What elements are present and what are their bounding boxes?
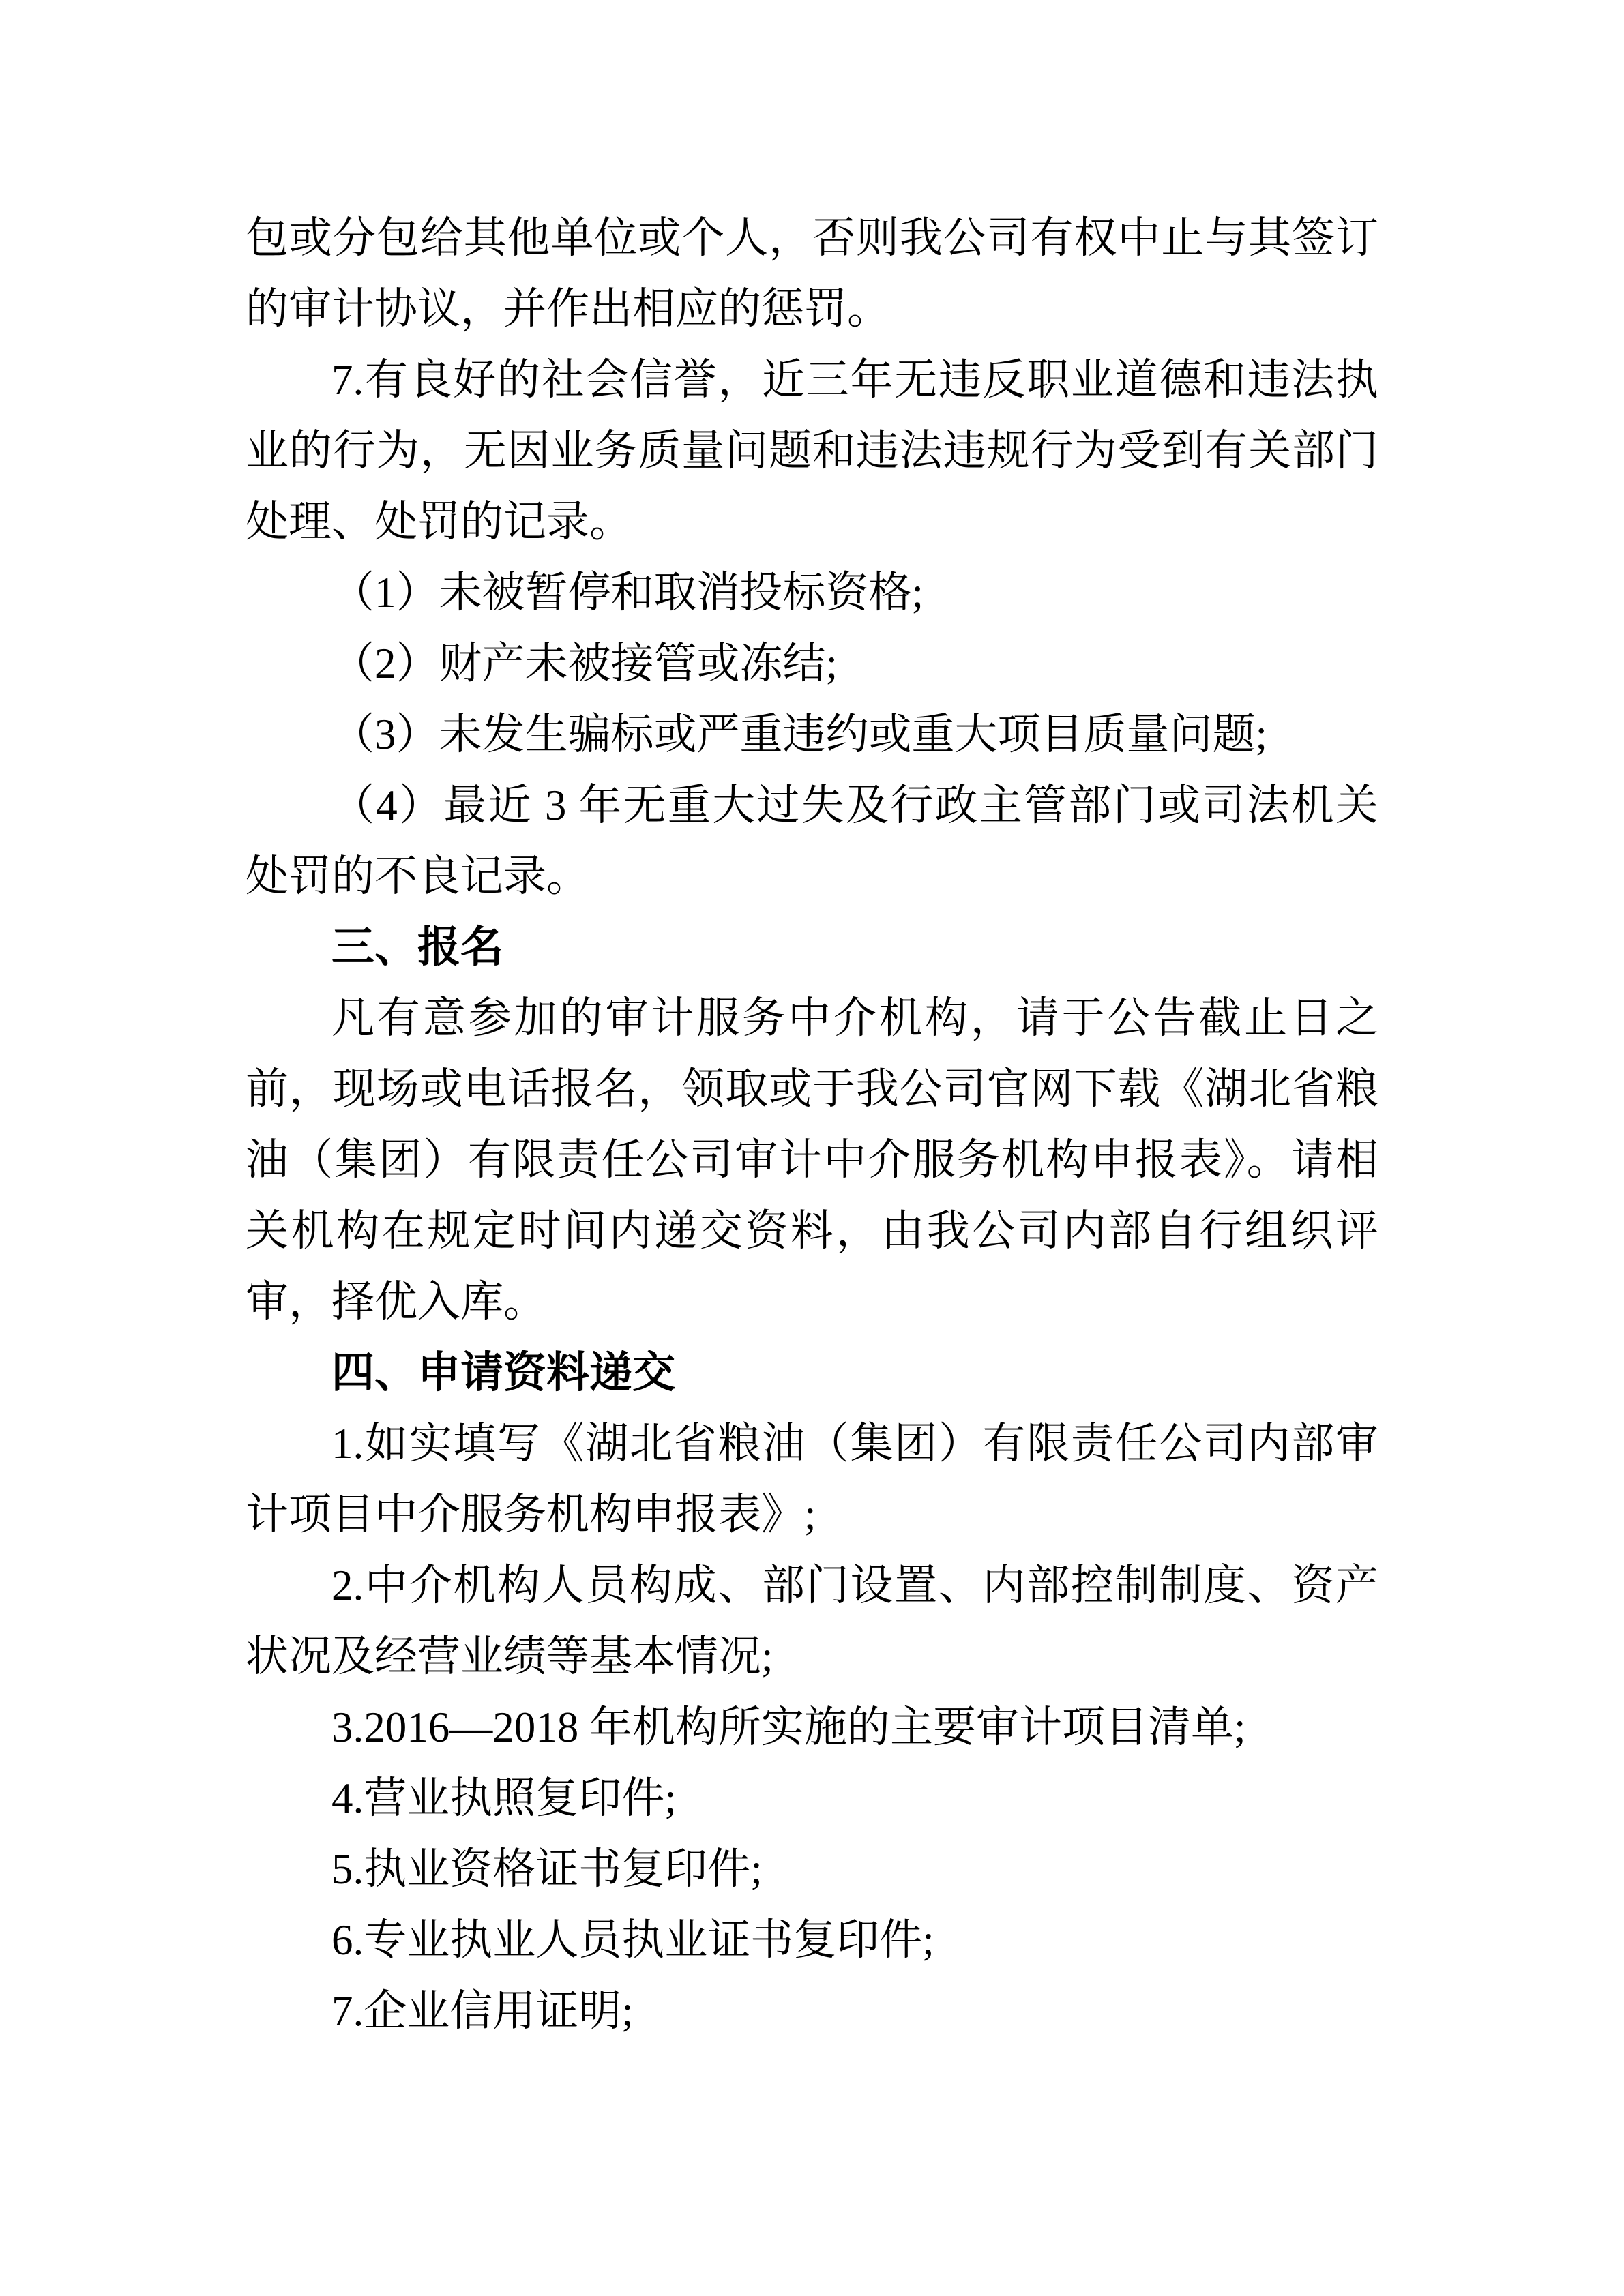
text-line: 处罚的不良记录。 xyxy=(246,841,1378,912)
heading-section-3: 三、报名 xyxy=(246,912,1378,983)
list-item-6: 6.专业执业人员执业证书复印件; xyxy=(246,1905,1378,1976)
text-line: 审，择优入库。 xyxy=(246,1266,1378,1337)
list-item-5: 5.执业资格证书复印件; xyxy=(246,1834,1378,1905)
list-item-2: （2）财产未被接管或冻结; xyxy=(246,628,1378,699)
text-line: 计项目中介服务机构申报表》; xyxy=(246,1479,1378,1550)
text-line: 关机构在规定时间内递交资料，由我公司内部自行组织评 xyxy=(246,1195,1378,1266)
text-line: 业的行为，无因业务质量问题和违法违规行为受到有关部门 xyxy=(246,415,1378,486)
text-line: 7.有良好的社会信誉，近三年无违反职业道德和违法执 xyxy=(246,344,1378,415)
list-item-4: （4）最近 3 年无重大过失及行政主管部门或司法机关 xyxy=(246,770,1378,841)
list-item-3: （3）未发生骗标或严重违约或重大项目质量问题; xyxy=(246,699,1378,770)
document-page: 包或分包给其他单位或个人，否则我公司有权中止与其签订 的审计协议，并作出相应的惩… xyxy=(0,0,1624,2296)
list-item-2: 2.中介机构人员构成、部门设置、内部控制制度、资产 xyxy=(246,1550,1378,1621)
document-body: 包或分包给其他单位或个人，否则我公司有权中止与其签订 的审计协议，并作出相应的惩… xyxy=(246,203,1378,2046)
text-line: 处理、处罚的记录。 xyxy=(246,486,1378,557)
list-item-1: （1）未被暂停和取消投标资格; xyxy=(246,557,1378,628)
text-line: 包或分包给其他单位或个人，否则我公司有权中止与其签订 xyxy=(246,203,1378,273)
list-item-3: 3.2016—2018 年机构所实施的主要审计项目清单; xyxy=(246,1692,1378,1763)
list-item-4: 4.营业执照复印件; xyxy=(246,1763,1378,1834)
text-line: 凡有意参加的审计服务中介机构，请于公告截止日之 xyxy=(246,983,1378,1054)
text-line: 前，现场或电话报名，领取或于我公司官网下载《湖北省粮 xyxy=(246,1054,1378,1124)
list-item-1: 1.如实填写《湖北省粮油（集团）有限责任公司内部审 xyxy=(246,1408,1378,1479)
text-line: 油（集团）有限责任公司审计中介服务机构申报表》。请相 xyxy=(246,1124,1378,1195)
heading-section-4: 四、申请资料递交 xyxy=(246,1337,1378,1408)
list-item-7: 7.企业信用证明; xyxy=(246,1976,1378,2046)
text-line: 的审计协议，并作出相应的惩罚。 xyxy=(246,273,1378,344)
text-line: 状况及经营业绩等基本情况; xyxy=(246,1621,1378,1692)
